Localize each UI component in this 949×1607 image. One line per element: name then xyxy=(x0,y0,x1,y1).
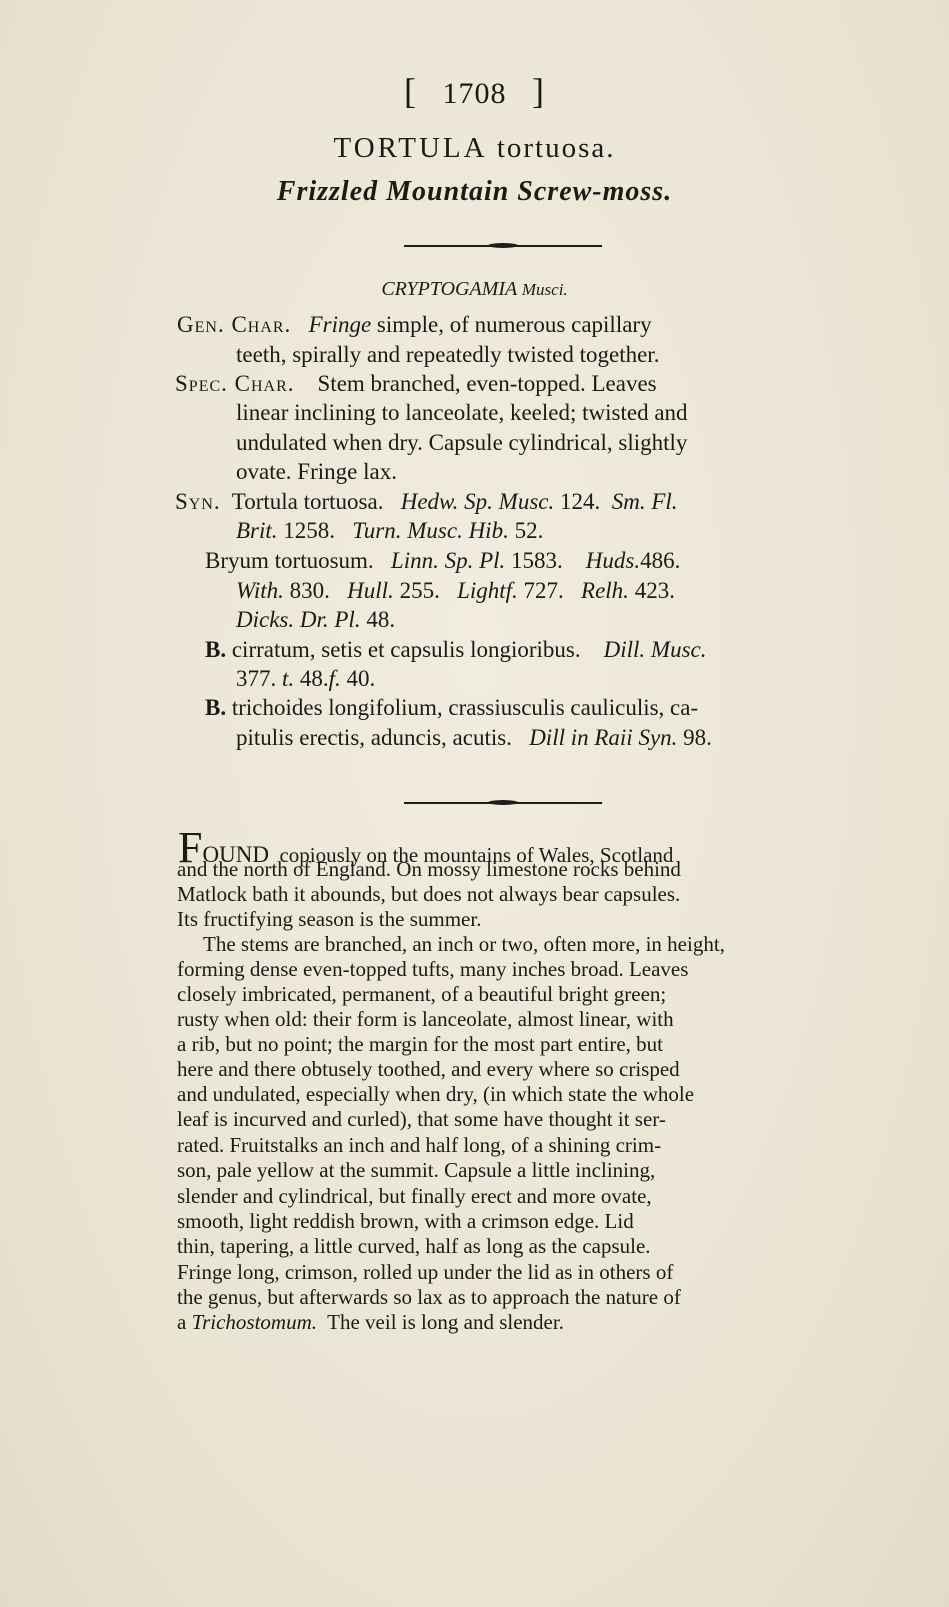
syn-num: 52. xyxy=(515,518,544,543)
syn-text: pitulis erectis, aduncis, acutis. xyxy=(236,725,512,750)
syn-ref: Sm. Fl. xyxy=(612,489,678,514)
desc-line-18: Fringe long, crimson, rolled up under th… xyxy=(177,1260,673,1285)
syn-line-5: Dicks. Dr. Pl. 48. xyxy=(236,607,395,633)
spec-char-line-1: Spec. Char. Stem branched, even-topped. … xyxy=(175,371,657,397)
syn-ref: Hedw. Sp. Musc. xyxy=(401,489,555,514)
syn-ref: Dill. Musc. xyxy=(604,637,707,662)
syn-line-6: B. cirratum, setis et capsulis longiorib… xyxy=(205,637,706,663)
desc-line-10: here and there obtusely toothed, and eve… xyxy=(177,1057,680,1082)
spec-char-text: Stem branched, even-topped. Leaves xyxy=(318,371,657,396)
desc-line-15: slender and cylindrical, but finally ere… xyxy=(177,1184,652,1209)
desc-text: a xyxy=(177,1310,186,1334)
syn-num: 1583. xyxy=(511,548,563,573)
syn-ref: Huds. xyxy=(586,548,640,573)
syn-label: Syn. xyxy=(175,489,221,514)
spec-char-line-4: ovate. Fringe lax. xyxy=(236,459,397,485)
gen-char-text: simple, of numerous capillary xyxy=(377,312,652,337)
book-page: [ 1708 ] TORTULA tortuosa. Frizzled Moun… xyxy=(0,0,949,1607)
desc-genus: Trichostomum. xyxy=(192,1310,317,1334)
bracket-close: ] xyxy=(532,71,545,111)
syn-line-7: 377. t. 48.f. 40. xyxy=(236,666,375,692)
desc-line-17: thin, tapering, a little curved, half as… xyxy=(177,1234,651,1259)
desc-line-5: The stems are branched, an inch or two, … xyxy=(203,932,725,957)
desc-line-7: closely imbricated, permanent, of a beau… xyxy=(177,982,666,1007)
desc-line-16: smooth, light reddish brown, with a crim… xyxy=(177,1209,634,1234)
species-name: tortuosa. xyxy=(497,132,616,164)
desc-line-11: and undulated, especially when dry, (in … xyxy=(177,1082,694,1107)
syn-line-4: With. 830. Hull. 255. Lightf. 727. Relh.… xyxy=(236,578,675,604)
spec-char-label: Spec. Char. xyxy=(175,371,295,396)
syn-num: 727. xyxy=(524,578,564,603)
syn-num: 830. xyxy=(290,578,330,603)
desc-line-19: the genus, but afterwards so lax as to a… xyxy=(177,1285,681,1310)
gen-char-em: Fringe xyxy=(309,312,372,337)
desc-line-2: and the north of England. On mossy limes… xyxy=(177,857,681,882)
syn-num: 486. xyxy=(640,548,680,573)
syn-ref: Relh. xyxy=(581,578,629,603)
plate-number-value: 1708 xyxy=(443,77,507,110)
gen-char-line-1: Gen. Char. Fringe simple, of numerous ca… xyxy=(177,312,652,338)
desc-line-4: Its fructifying season is the summer. xyxy=(177,907,481,932)
gen-char-label: Gen. Char. xyxy=(177,312,291,337)
syn-text: Tortula tortuosa. xyxy=(232,489,384,514)
syn-num: 124. xyxy=(560,489,600,514)
syn-num: 377. xyxy=(236,666,276,691)
bracket-open: [ xyxy=(404,71,417,111)
class-name: CRYPTOGAMIA xyxy=(381,278,517,300)
syn-ref: Dicks. Dr. Pl. xyxy=(236,607,361,632)
syn-text: cirratum, setis et capsulis longioribus. xyxy=(232,637,581,662)
genus-name: TORTULA xyxy=(334,132,488,164)
desc-line-13: rated. Fruitstalks an inch and half long… xyxy=(177,1133,661,1158)
desc-line-12: leaf is incurved and curled), that some … xyxy=(177,1107,666,1132)
desc-line-6: forming dense even-topped tufts, many in… xyxy=(177,957,688,982)
syn-ref: Brit. xyxy=(236,518,278,543)
ornamental-rule xyxy=(404,802,602,804)
syn-num: 98. xyxy=(683,725,712,750)
syn-num: 1258. xyxy=(283,518,335,543)
desc-line-9: a rib, but no point; the margin for the … xyxy=(177,1032,663,1057)
order-name: Musci. xyxy=(522,280,568,299)
syn-ref: Turn. Musc. Hib. xyxy=(352,518,509,543)
ornamental-rule xyxy=(404,245,602,247)
syn-ref: With. xyxy=(236,578,284,603)
desc-line-20: a Trichostomum. The veil is long and sle… xyxy=(177,1310,564,1335)
syn-ref: Dill in Raii Syn. xyxy=(529,725,677,750)
syn-ref: Lightf. xyxy=(457,578,518,603)
syn-text: B. xyxy=(205,695,226,720)
syn-text: Bryum tortuosum. xyxy=(205,548,374,573)
syn-line-2: Brit. 1258. Turn. Musc. Hib. 52. xyxy=(236,518,543,544)
species-title: TORTULA tortuosa. xyxy=(0,132,949,165)
spec-char-line-2: linear inclining to lanceolate, keeled; … xyxy=(236,400,688,426)
syn-num: 48. xyxy=(366,607,395,632)
syn-ref: Linn. Sp. Pl. xyxy=(391,548,505,573)
syn-text: trichoides longifolium, crassiusculis ca… xyxy=(232,695,698,720)
plate-number: [ 1708 ] xyxy=(0,70,949,112)
syn-line-1: Syn. Tortula tortuosa. Hedw. Sp. Musc. 1… xyxy=(175,489,678,515)
syn-num: 255. xyxy=(400,578,440,603)
desc-line-8: rusty when old: their form is lanceolate… xyxy=(177,1007,674,1032)
desc-line-3: Matlock bath it abounds, but does not al… xyxy=(177,882,680,907)
syn-line-3: Bryum tortuosum. Linn. Sp. Pl. 1583. Hud… xyxy=(205,548,680,574)
syn-num: 423. xyxy=(635,578,675,603)
desc-text: The veil is long and slender. xyxy=(327,1310,564,1334)
syn-ref: t. xyxy=(282,666,294,691)
gen-char-line-2: teeth, spirally and repeatedly twisted t… xyxy=(236,342,659,368)
syn-line-8: B. trichoides longifolium, crassiusculis… xyxy=(205,695,698,721)
syn-line-9: pitulis erectis, aduncis, acutis. Dill i… xyxy=(236,725,712,751)
syn-num: 40. xyxy=(347,666,376,691)
syn-num: 48. xyxy=(300,666,329,691)
classification: CRYPTOGAMIA Musci. xyxy=(0,278,949,301)
syn-text: B. xyxy=(205,637,226,662)
spec-char-line-3: undulated when dry. Capsule cylindrical,… xyxy=(236,430,687,456)
syn-ref: Hull. xyxy=(347,578,394,603)
common-name: Frizzled Mountain Screw-moss. xyxy=(0,176,949,208)
desc-line-14: son, pale yellow at the summit. Capsule … xyxy=(177,1158,655,1183)
syn-ref: f. xyxy=(329,666,341,691)
